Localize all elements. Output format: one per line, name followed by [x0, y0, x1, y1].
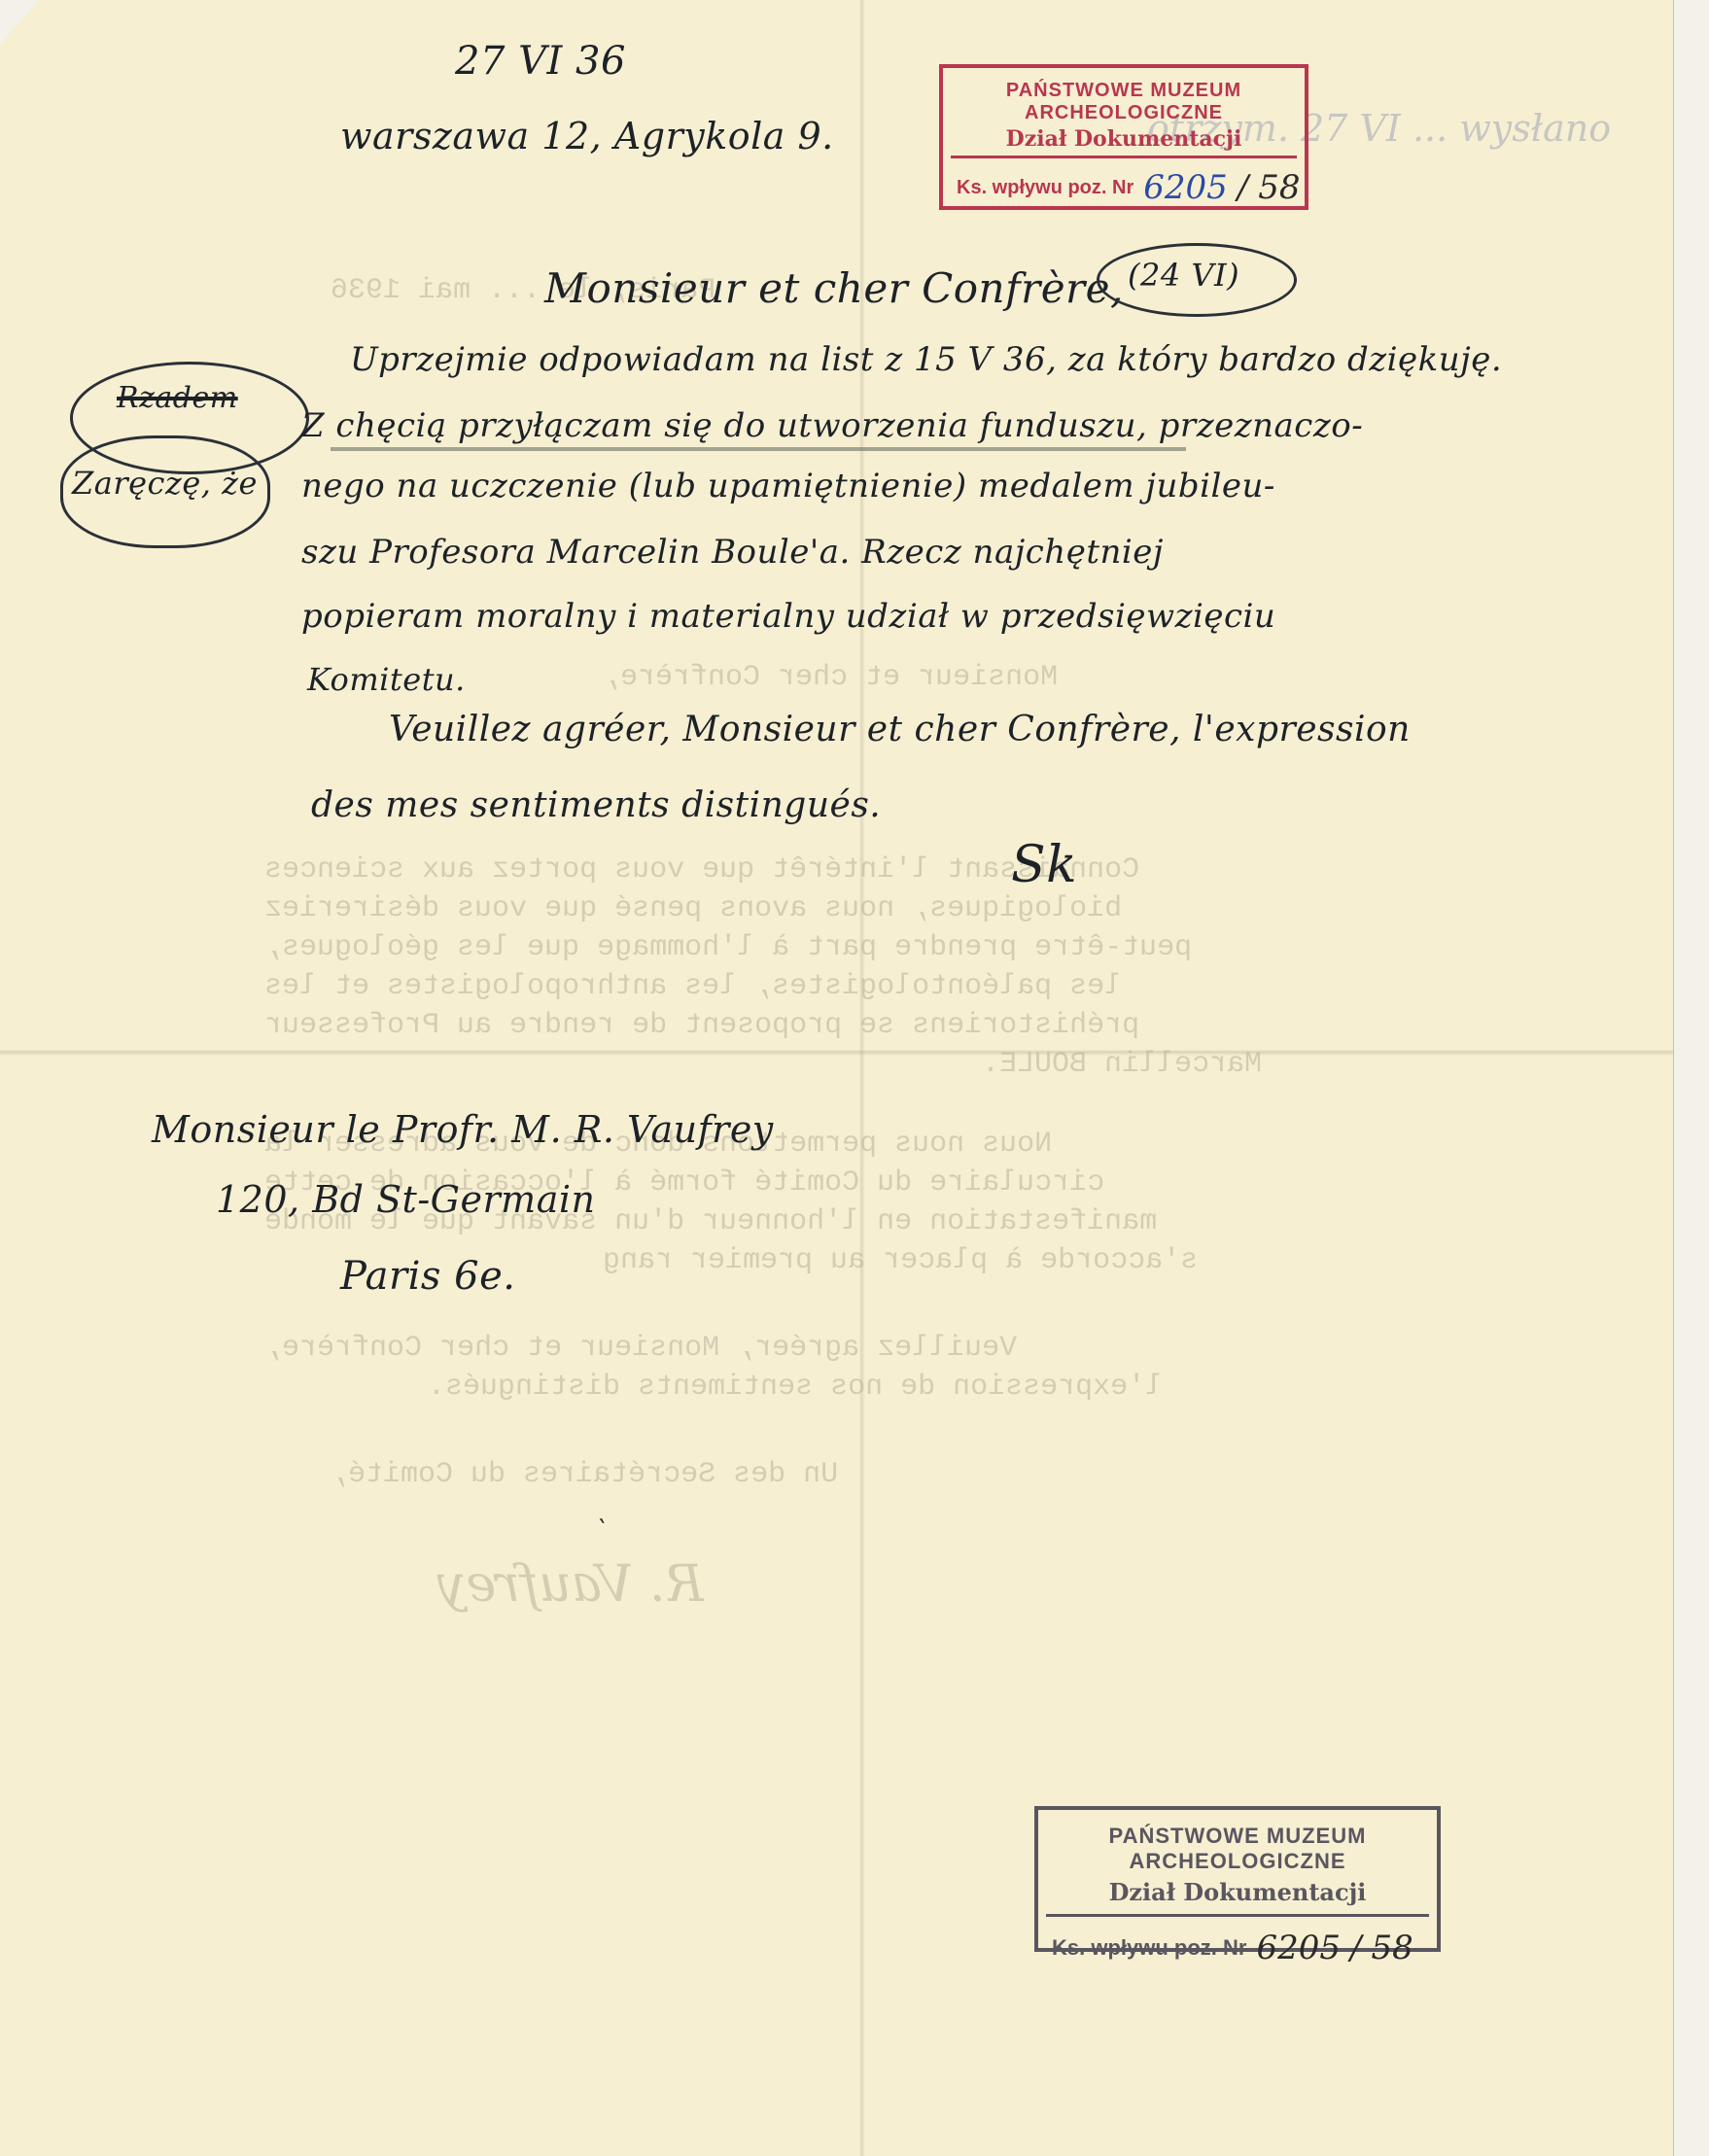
stamp-register-year: 58 [1258, 168, 1300, 207]
underline-stroke [331, 447, 1186, 451]
stamp-slash: / [1350, 1929, 1361, 1967]
museum-stamp-bottom: PAŃSTWOWE MUZEUM ARCHEOLOGICZNE Dział Do… [1034, 1806, 1441, 1952]
letter-page: Paris, le ... mai 1936 Monsieur et cher … [0, 0, 1674, 2156]
stamp-slash: / [1238, 168, 1248, 207]
stamp-register-year: 58 [1371, 1929, 1413, 1967]
museum-stamp-top: PAŃSTWOWE MUZEUM ARCHEOLOGICZNE Dział Do… [939, 64, 1308, 210]
stamp-register-label: Ks. wpływu poz. Nr [1052, 1935, 1246, 1961]
recipient-line-2: 120, Bd St-Germain [216, 1178, 595, 1221]
ghost-para1-line: préhistoriens se proposent de rendre au … [264, 1009, 1139, 1042]
body-line-3: nego na uczczenie (lub upamiętnienie) me… [301, 467, 1275, 505]
ghost-para1-line: biologiques, nous avons pensé que vous d… [264, 892, 1122, 925]
stamp-register-row: Ks. wpływu poz. Nr 6205 / 58 [1038, 1917, 1437, 1967]
recipient-line-3: Paris 6e. [340, 1254, 515, 1299]
ghost-para2-line: s'accorde à placer au premier rang [603, 1244, 1198, 1277]
ghost-sign-line: Un des Secrétaires du Comité, [331, 1458, 838, 1491]
margin-inserted-phrase: Zaręczę, że [72, 465, 258, 502]
ink-mark: ˋ [595, 1516, 609, 1546]
body-line-2: Z chęcią przyłączam się do utworzenia fu… [301, 406, 1363, 445]
salutation-note: (24 VI) [1128, 257, 1239, 294]
closing-line-1: Veuillez agréer, Monsieur et cher Confrè… [389, 710, 1411, 749]
ghost-para1-line: Marcellin BOULE. [982, 1048, 1262, 1081]
ghost-signature: R. Vaufrey [437, 1555, 704, 1614]
margin-struck-word: Rzadem [117, 381, 238, 415]
ghost-para1-line: peut-être prendre part à l'hommage que l… [264, 931, 1192, 964]
closing-line-2: des mes sentiments distingués. [311, 785, 881, 825]
stamp-register-number: 6205 [1256, 1929, 1341, 1967]
ghost-para3-line: Veuillez agréer, Monsieur et cher Confrè… [264, 1332, 1017, 1365]
folded-corner [0, 0, 39, 45]
stamp-register-number: 6205 [1143, 168, 1228, 207]
stamp-museum-name: PAŃSTWOWE MUZEUM ARCHEOLOGICZNE [1038, 1810, 1437, 1874]
stamp-register-row: Ks. wpływu poz. Nr 6205 / 58 [943, 158, 1305, 207]
ghost-salutation: Monsieur et cher Confrère, [603, 661, 1058, 694]
stamp-department: Dział Dokumentacji [943, 124, 1305, 156]
body-line-4: szu Profesora Marcelin Boule'a. Rzecz na… [301, 533, 1164, 572]
sender-address: warszawa 12, Agrykola 9. [340, 115, 834, 157]
body-line-5: popieram moralny i materialny udział w p… [301, 597, 1275, 636]
stamp-museum-name: PAŃSTWOWE MUZEUM ARCHEOLOGICZNE [943, 68, 1305, 124]
body-line-1: Uprzejmie odpowiadam na list z 15 V 36, … [350, 340, 1502, 379]
ghost-para3-line: l'expression de nos sentiments distingué… [428, 1371, 1163, 1404]
author-initials: Sk [1011, 836, 1077, 894]
stamp-department: Dział Dokumentacji [1038, 1874, 1437, 1914]
ghost-para1-line: Connaissant l'intérêt que vous portez au… [264, 853, 1139, 887]
stamp-register-label: Ks. wpływu poz. Nr [957, 177, 1134, 199]
body-line-6: Komitetu. [307, 661, 466, 698]
letter-salutation: Monsieur et cher Confrère, [544, 264, 1124, 312]
letter-date: 27 VI 36 [455, 39, 626, 84]
recipient-line-1: Monsieur le Profr. M. R. Vaufrey [152, 1108, 774, 1151]
ghost-para1-line: les paléontologistes, les anthropologist… [264, 970, 1122, 1003]
